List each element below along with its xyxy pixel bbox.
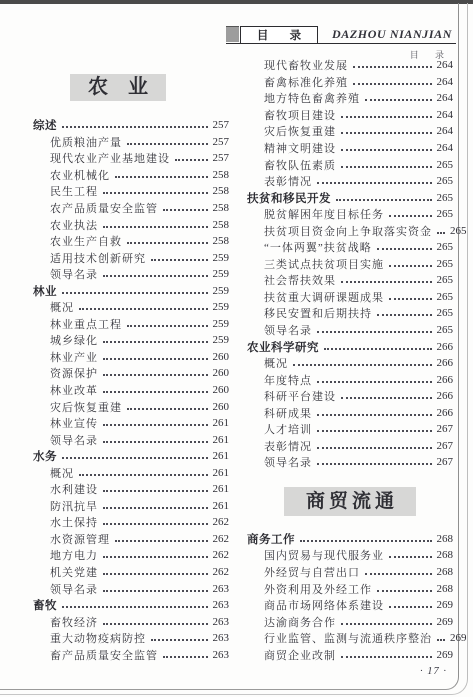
toc-entry-title: 三类试点扶贫项目实施: [264, 256, 384, 272]
dot-leader: [62, 126, 208, 128]
toc-entry: 行业监管、监测与流通秩序整治269: [247, 630, 453, 647]
toc-entry-title: 达渝商务合作: [264, 614, 336, 630]
dot-leader: [353, 83, 432, 85]
dot-leader: [341, 116, 432, 118]
toc-right-upper: 现代畜牧业发展264畜禽标准化养殖264地方特色畜禽养殖264畜牧项目建设264…: [247, 57, 453, 471]
dot-leader: [103, 226, 208, 228]
toc-entry-page: 267: [437, 423, 454, 435]
toc-entry: 表彰情况265: [247, 173, 453, 190]
toc-entry: 灾后恢复重建264: [247, 123, 453, 140]
dot-leader: [341, 166, 432, 168]
toc-entry: 林业重点工程259: [33, 316, 229, 333]
toc-entry-title: 机关党建: [50, 564, 98, 580]
toc-entry: 畜产品质量安全监管263: [33, 647, 229, 664]
toc-entry-title: 概况: [50, 299, 74, 315]
toc-entry: 概况261: [33, 464, 229, 481]
toc-entry-page: 260: [213, 367, 230, 379]
toc-entry-title: 年度特点: [264, 372, 312, 388]
dot-leader: [103, 490, 208, 492]
toc-entry: 现代农业产业基地建设257: [33, 150, 229, 167]
toc-entry: 农业机械化258: [33, 167, 229, 184]
toc-entry: 地方电力262: [33, 547, 229, 564]
dot-leader: [437, 639, 445, 641]
toc-entry: 民生工程258: [33, 183, 229, 200]
toc-entry: 农产品质量安全监管258: [33, 200, 229, 217]
toc-entry: 移民安置和后期扶持265: [247, 305, 453, 322]
toc-entry-title: 表彰情况: [264, 173, 312, 189]
toc-entry: 领导名录263: [33, 580, 229, 597]
toc-entry-title: 现代农业产业基地建设: [50, 150, 170, 166]
toc-entry-page: 259: [213, 334, 230, 346]
dot-leader: [115, 176, 208, 178]
toc-entry-title: 优质粮油产量: [50, 134, 122, 150]
dot-leader: [389, 215, 432, 217]
toc-entry-page: 261: [213, 434, 230, 446]
page-number: · 17 ·: [247, 666, 453, 677]
dot-leader: [377, 590, 432, 592]
toc-entry: 外资利用及外经工作268: [247, 580, 453, 597]
toc-entry: 商品市场网络体系建设269: [247, 597, 453, 614]
dot-leader: [365, 573, 432, 575]
toc-entry-title: 综述: [33, 117, 57, 133]
dot-leader: [127, 325, 208, 327]
toc-entry: 畜牧项目建设264: [247, 107, 453, 124]
toc-entry-title: 现代畜牧业发展: [264, 57, 348, 73]
toc-entry-title: 地方电力: [50, 547, 98, 563]
toc-entry-page: 264: [437, 92, 454, 104]
toc-entry-title: 行业监管、监测与流通秩序整治: [264, 630, 432, 646]
dot-leader: [341, 397, 432, 399]
dot-leader: [317, 331, 432, 333]
toc-entry-page: 259: [213, 268, 230, 280]
dot-leader: [103, 275, 208, 277]
dot-leader: [341, 132, 432, 134]
toc-entry: 综述257: [33, 117, 229, 134]
toc-entry-page: 269: [437, 616, 454, 628]
toc-entry: 社会帮扶效果265: [247, 272, 453, 289]
toc-entry: 畜牧263: [33, 597, 229, 614]
toc-entry-title: 科研成果: [264, 405, 312, 421]
toc-entry-title: 移民安置和后期扶持: [264, 305, 372, 321]
toc-entry: 畜禽标准化养殖264: [247, 74, 453, 91]
toc-entry: 城乡绿化259: [33, 332, 229, 349]
toc-title-box: 目 录: [240, 26, 318, 43]
dot-leader: [341, 281, 432, 283]
dot-leader: [62, 606, 208, 608]
toc-entry-title: 领导名录: [50, 266, 98, 282]
toc-entry: 扶贫重大调研课题成果265: [247, 289, 453, 306]
dot-leader: [163, 656, 208, 658]
dot-leader: [341, 149, 432, 151]
toc-entry-title: 表彰情况: [264, 438, 312, 454]
toc-entry-title: 农业生产自救: [50, 233, 122, 249]
toc-entry-page: 262: [213, 516, 230, 528]
toc-entry-title: 灾后恢复重建: [50, 399, 122, 415]
dot-leader: [151, 639, 208, 641]
header-marker-icon: [226, 26, 239, 42]
dot-leader: [103, 391, 208, 393]
toc-right-column: 现代畜牧业发展264畜禽标准化养殖264地方特色畜禽养殖264畜牧项目建设264…: [247, 57, 453, 677]
toc-entry: 农业生产自救258: [33, 233, 229, 250]
toc-left-column: 综述257优质粮油产量257现代农业产业基地建设257农业机械化258民生工程2…: [33, 117, 229, 663]
section-header-commerce: 商贸流通: [284, 487, 416, 516]
dot-leader: [317, 182, 432, 184]
toc-entry: 外经贸与自营出口268: [247, 564, 453, 581]
dot-leader: [103, 358, 208, 360]
dot-leader: [365, 99, 432, 101]
toc-entry: 林业改革260: [33, 382, 229, 399]
toc-entry-page: 265: [437, 291, 454, 303]
toc-entry: 林业259: [33, 282, 229, 299]
toc-entry-page: 261: [213, 467, 230, 479]
dot-leader: [353, 66, 432, 68]
dot-leader: [103, 424, 208, 426]
dot-leader: [151, 259, 208, 261]
toc-entry-title: 概况: [50, 465, 74, 481]
toc-entry: 领导名录265: [247, 322, 453, 339]
dot-leader: [300, 540, 432, 542]
toc-entry: 畜牧经济263: [33, 613, 229, 630]
toc-entry-page: 268: [437, 549, 454, 561]
toc-entry: 脱贫解困年度目标任务265: [247, 206, 453, 223]
toc-entry-page: 263: [213, 599, 230, 611]
toc-entry-page: 264: [437, 142, 454, 154]
dot-leader: [103, 590, 208, 592]
dot-leader: [389, 265, 432, 267]
dot-leader: [115, 540, 208, 542]
toc-entry: 科研平台建设266: [247, 388, 453, 405]
dot-leader: [127, 408, 208, 410]
page-header: 目 录 DAZHOU NIANJIAN: [226, 26, 456, 44]
toc-entry-title: 人才培训: [264, 421, 312, 437]
toc-entry: 商务工作268: [247, 531, 453, 548]
toc-entry-page: 259: [213, 285, 230, 297]
toc-entry-page: 265: [437, 208, 454, 220]
toc-entry: 现代畜牧业发展264: [247, 57, 453, 74]
toc-entry-page: 265: [437, 274, 454, 286]
toc-entry: 达渝商务合作269: [247, 613, 453, 630]
toc-entry-page: 259: [213, 252, 230, 264]
toc-entry-title: 畜牧队伍素质: [264, 157, 336, 173]
toc-entry-title: 城乡绿化: [50, 332, 98, 348]
dot-leader: [317, 447, 432, 449]
toc-entry-title: 外经贸与自营出口: [264, 564, 360, 580]
dot-leader: [175, 159, 208, 161]
toc-entry-page: 268: [437, 583, 454, 595]
toc-entry-page: 261: [213, 450, 230, 462]
toc-entry-title: 水土保持: [50, 514, 98, 530]
toc-entry-title: 适用技术创新研究: [50, 250, 146, 266]
dot-leader: [389, 298, 432, 300]
dot-leader: [103, 507, 208, 509]
toc-entry-title: 概况: [264, 355, 288, 371]
toc-entry-title: 林业: [33, 283, 57, 299]
toc-entry-title: 农产品质量安全监管: [50, 200, 158, 216]
toc-entry-title: 国内贸易与现代服务业: [264, 547, 384, 563]
toc-entry-title: “一体两翼”扶贫战略: [264, 239, 372, 255]
toc-entry-title: 领导名录: [264, 454, 312, 470]
section-header-agriculture: 农 业: [70, 74, 166, 101]
dot-leader: [103, 556, 208, 558]
toc-entry: 农业执法258: [33, 216, 229, 233]
dot-leader: [324, 348, 432, 350]
dot-leader: [127, 143, 208, 145]
toc-entry: 扶贫和移民开发265: [247, 189, 453, 206]
toc-entry-page: 266: [437, 341, 454, 353]
toc-entry-page: 266: [437, 357, 454, 369]
toc-entry-page: 264: [437, 125, 454, 137]
toc-entry-page: 265: [437, 175, 454, 187]
toc-entry-title: 商务工作: [247, 531, 295, 547]
toc-entry: 重大动物疫病防控263: [33, 630, 229, 647]
dot-leader: [79, 474, 208, 476]
toc-entry-page: 265: [437, 241, 454, 253]
toc-entry-title: 农业机械化: [50, 167, 110, 183]
toc-entry-page: 267: [437, 440, 454, 452]
toc-entry: 概况266: [247, 355, 453, 372]
dot-leader: [103, 441, 208, 443]
toc-entry-page: 263: [213, 616, 230, 628]
toc-entry-title: 精神文明建设: [264, 140, 336, 156]
toc-entry-title: 领导名录: [50, 581, 98, 597]
toc-entry-title: 商贸企业改制: [264, 647, 336, 663]
toc-entry-title: 畜牧项目建设: [264, 107, 336, 123]
toc-entry-page: 263: [213, 632, 230, 644]
toc-entry-page: 265: [450, 225, 467, 237]
toc-entry-title: 林业产业: [50, 349, 98, 365]
toc-entry: 适用技术创新研究259: [33, 249, 229, 266]
toc-entry: 防汛抗旱261: [33, 498, 229, 515]
toc-entry-page: 267: [437, 456, 454, 468]
toc-entry-title: 科研平台建设: [264, 388, 336, 404]
toc-entry-page: 262: [213, 549, 230, 561]
toc-entry-page: 262: [213, 566, 230, 578]
toc-entry: 商贸企业改制269: [247, 647, 453, 664]
toc-entry-page: 265: [437, 307, 454, 319]
toc-entry: 畜牧队伍素质265: [247, 156, 453, 173]
toc-entry: 机关党建262: [33, 564, 229, 581]
toc-entry: 领导名录267: [247, 454, 453, 471]
dot-leader: [163, 209, 208, 211]
toc-entry-title: 领导名录: [50, 432, 98, 448]
dot-leader: [103, 523, 208, 525]
toc-entry-page: 261: [213, 500, 230, 512]
dot-leader: [317, 414, 432, 416]
toc-entry-title: 地方特色畜禽养殖: [264, 90, 360, 106]
toc-entry: 林业产业260: [33, 349, 229, 366]
toc-entry-title: 畜牧经济: [50, 614, 98, 630]
toc-entry-page: 269: [437, 649, 454, 661]
toc-entry: 三类试点扶贫项目实施265: [247, 256, 453, 273]
toc-entry-title: 水务: [33, 448, 57, 464]
toc-entry: 国内贸易与现代服务业268: [247, 547, 453, 564]
toc-entry-title: 畜禽标准化养殖: [264, 74, 348, 90]
dot-leader: [293, 364, 432, 366]
dot-leader: [103, 573, 208, 575]
toc-entry-title: 水利建设: [50, 481, 98, 497]
toc-entry-page: 263: [213, 583, 230, 595]
dot-leader: [62, 457, 208, 459]
toc-entry: 农业科学研究266: [247, 338, 453, 355]
toc-entry-page: 266: [437, 390, 454, 402]
toc-entry-page: 264: [437, 109, 454, 121]
toc-entry-page: 257: [213, 152, 230, 164]
dot-leader: [377, 314, 432, 316]
toc-entry-page: 258: [213, 185, 230, 197]
toc-entry-page: 260: [213, 384, 230, 396]
dot-leader: [62, 292, 208, 294]
toc-entry-page: 264: [437, 59, 454, 71]
dot-leader: [103, 341, 208, 343]
toc-entry-page: 265: [437, 324, 454, 336]
dot-leader: [317, 430, 432, 432]
toc-entry-title: 民生工程: [50, 183, 98, 199]
toc-entry-title: 林业改革: [50, 382, 98, 398]
toc-entry-page: 265: [437, 159, 454, 171]
toc-entry-page: 260: [213, 401, 230, 413]
toc-entry-page: 260: [213, 351, 230, 363]
toc-entry-page: 259: [213, 318, 230, 330]
dot-leader: [317, 463, 432, 465]
toc-entry: 人才培训267: [247, 421, 453, 438]
dot-leader: [336, 199, 432, 201]
toc-entry-title: 畜牧: [33, 597, 57, 613]
toc-entry-title: 社会帮扶效果: [264, 272, 336, 288]
dot-leader: [437, 232, 445, 234]
toc-entry-title: 防汛抗旱: [50, 498, 98, 514]
toc-entry-title: 外资利用及外经工作: [264, 581, 372, 597]
toc-entry-page: 269: [437, 599, 454, 611]
toc-entry-page: 258: [213, 235, 230, 247]
toc-entry-page: 261: [213, 417, 230, 429]
dot-leader: [103, 192, 208, 194]
toc-entry-title: 农业执法: [50, 217, 98, 233]
toc-entry-title: 林业宣传: [50, 415, 98, 431]
toc-entry-title: 商品市场网络体系建设: [264, 597, 384, 613]
toc-entry-title: 灾后恢复重建: [264, 123, 336, 139]
dot-leader: [317, 381, 432, 383]
toc-entry: 年度特点266: [247, 371, 453, 388]
toc-entry-page: 257: [213, 136, 230, 148]
toc-entry: 科研成果266: [247, 404, 453, 421]
toc-entry: 林业宣传261: [33, 415, 229, 432]
toc-entry-page: 259: [213, 301, 230, 313]
toc-entry-page: 257: [213, 119, 230, 131]
dot-leader: [103, 374, 208, 376]
dot-leader: [389, 556, 432, 558]
toc-entry-page: 262: [213, 533, 230, 545]
toc-entry-title: 农业科学研究: [247, 339, 319, 355]
dot-leader: [341, 656, 432, 658]
toc-entry: “一体两翼”扶贫战略265: [247, 239, 453, 256]
toc-entry-page: 265: [437, 192, 454, 204]
journal-title: DAZHOU NIANJIAN: [332, 27, 452, 42]
dot-leader: [341, 623, 432, 625]
toc-entry-title: 资源保护: [50, 365, 98, 381]
toc-entry-title: 扶贫项目资金向上争取落实资金: [264, 223, 432, 239]
toc-entry-page: 264: [437, 76, 454, 88]
toc-entry-page: 266: [437, 407, 454, 419]
toc-entry: 水资源管理262: [33, 531, 229, 548]
toc-entry-title: 水资源管理: [50, 531, 110, 547]
toc-entry-title: 脱贫解困年度目标任务: [264, 206, 384, 222]
toc-entry-page: 261: [213, 483, 230, 495]
toc-entry: 资源保护260: [33, 365, 229, 382]
toc-entry-page: 268: [437, 566, 454, 578]
toc-entry: 水土保持262: [33, 514, 229, 531]
toc-entry-page: 258: [213, 219, 230, 231]
toc-entry-page: 269: [450, 632, 467, 644]
dot-leader: [103, 623, 208, 625]
toc-right-lower: 商务工作268国内贸易与现代服务业268外经贸与自营出口268外资利用及外经工作…: [247, 531, 453, 663]
dot-leader: [389, 606, 432, 608]
toc-entry-page: 268: [437, 533, 454, 545]
dot-leader: [127, 242, 208, 244]
toc-entry-page: 258: [213, 169, 230, 181]
toc-entry: 地方特色畜禽养殖264: [247, 90, 453, 107]
toc-entry: 扶贫项目资金向上争取落实资金265: [247, 222, 453, 239]
toc-entry-title: 扶贫重大调研课题成果: [264, 289, 384, 305]
toc-entry-page: 263: [213, 649, 230, 661]
toc-entry-page: 258: [213, 202, 230, 214]
toc-entry: 优质粮油产量257: [33, 134, 229, 151]
toc-entry: 领导名录259: [33, 266, 229, 283]
toc-entry: 灾后恢复重建260: [33, 398, 229, 415]
toc-entry-page: 265: [437, 258, 454, 270]
toc-entry: 表彰情况267: [247, 438, 453, 455]
toc-entry: 水利建设261: [33, 481, 229, 498]
toc-entry: 水务261: [33, 448, 229, 465]
toc-entry-page: 266: [437, 374, 454, 386]
toc-entry: 概况259: [33, 299, 229, 316]
toc-entry: 精神文明建设264: [247, 140, 453, 157]
dot-leader: [79, 308, 208, 310]
dot-leader: [377, 248, 432, 250]
toc-entry-title: 扶贫和移民开发: [247, 190, 331, 206]
toc-entry-title: 林业重点工程: [50, 316, 122, 332]
toc-entry-title: 重大动物疫病防控: [50, 630, 146, 646]
toc-entry-title: 领导名录: [264, 322, 312, 338]
toc-entry: 领导名录261: [33, 431, 229, 448]
toc-entry-title: 畜产品质量安全监管: [50, 647, 158, 663]
toc-title-label: 目 录: [248, 27, 310, 43]
